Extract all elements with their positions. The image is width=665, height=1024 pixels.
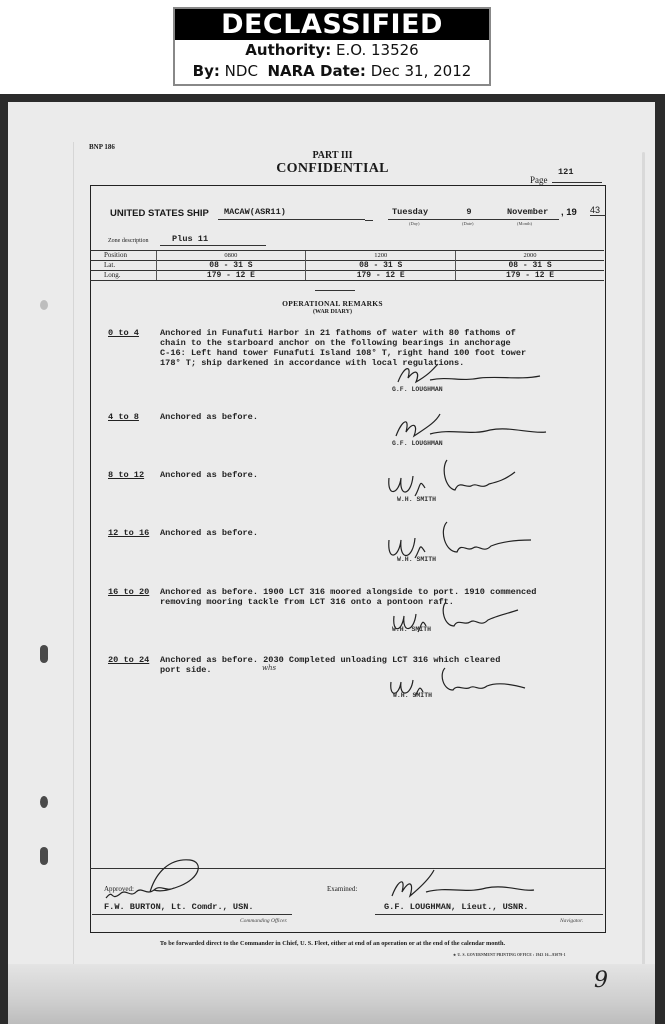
table-header: 1200 [306, 251, 456, 261]
watch-period: 16 to 20 [108, 587, 149, 597]
table-cell: 179 - 12 E [456, 271, 604, 281]
date-caption: (Date) [462, 221, 474, 226]
position-table: Position 0800 1200 2000 Lat. 08 - 31 S 0… [90, 250, 604, 281]
watch-period: 12 to 16 [108, 528, 149, 538]
date-value: 9 [451, 207, 487, 220]
watch-period: 4 to 8 [108, 412, 139, 422]
binder-hole-icon [40, 847, 48, 865]
handwritten-page-number: 9 [594, 968, 608, 993]
examined-name: G.F. LOUGHMAN, Lieut., USNR. [384, 902, 528, 912]
paper-edge-right [642, 152, 645, 972]
day-value: Tuesday [388, 207, 451, 220]
table-cell: 179 - 12 E [306, 271, 456, 281]
table-cell: 08 - 31 S [156, 261, 306, 271]
year-value: 43 [590, 205, 606, 216]
ship-label: UNITED STATES SHIP [110, 208, 209, 219]
remarks-title: OPERATIONAL REMARKS [0, 299, 665, 308]
paper-edge [73, 142, 74, 972]
binder-hole-icon [40, 645, 48, 663]
zone-value: Plus 11 [160, 234, 266, 246]
ship-underline [365, 220, 373, 221]
divider [315, 290, 355, 291]
year-prefix: , 19 [561, 207, 577, 218]
table-row: Position 0800 1200 2000 [90, 251, 604, 261]
watch-period: 0 to 4 [108, 328, 139, 338]
month-caption: (Month) [517, 221, 532, 226]
examined-label: Examined: [327, 885, 357, 893]
table-cell: 08 - 31 S [306, 261, 456, 271]
signature-line [375, 914, 603, 915]
watch-period: 20 to 24 [108, 655, 149, 665]
table-row: Long. 179 - 12 E 179 - 12 E 179 - 12 E [90, 271, 604, 281]
stamp-title: DECLASSIFIED [175, 9, 489, 40]
page-label: Page [530, 175, 548, 185]
printer-imprint: ★ U. S. GOVERNMENT PRINTING OFFICE : 194… [453, 953, 566, 957]
handwritten-signature-icon [388, 868, 538, 902]
row-label: Long. [90, 271, 156, 281]
page-number: 121 [552, 167, 602, 183]
handwritten-signature-icon [390, 414, 550, 442]
handwritten-signature-icon [385, 520, 535, 560]
table-header: 0800 [156, 251, 306, 261]
binder-hole-icon [40, 796, 48, 808]
month-value: November [487, 207, 559, 220]
row-label: Lat. [90, 261, 156, 271]
stamp-by: By: NDC NARA Date: Dec 31, 2012 [175, 61, 489, 82]
ship-name: MACAW(ASR11) [218, 207, 365, 220]
table-header: 2000 [456, 251, 604, 261]
page-fold-shadow [8, 964, 655, 1024]
handwritten-signature-icon [385, 458, 525, 498]
watch-period: 8 to 12 [108, 470, 144, 480]
table-cell: 179 - 12 E [156, 271, 306, 281]
star-icon: ★ [453, 953, 456, 957]
zone-label: Zone description [108, 238, 149, 244]
approved-title: Commanding Officer. [240, 918, 287, 924]
remarks-subtitle: (WAR DIARY) [0, 309, 665, 315]
table-header: Position [90, 251, 156, 261]
approved-name: F.W. BURTON, Lt. Comdr., USN. [104, 902, 254, 912]
table-cell: 08 - 31 S [456, 261, 604, 271]
part-heading: PART III [0, 150, 665, 161]
declassified-stamp: DECLASSIFIED Authority: E.O. 13526 By: N… [173, 7, 491, 86]
examined-title: Navigator. [560, 918, 583, 924]
table-row: Lat. 08 - 31 S 08 - 31 S 08 - 31 S [90, 261, 604, 271]
day-caption: (Day) [409, 221, 420, 226]
stamp-authority: Authority: E.O. 13526 [175, 40, 489, 61]
signature-line [92, 914, 292, 915]
forwarding-instruction: To be forwarded direct to the Commander … [0, 940, 665, 947]
handwritten-signature-icon [100, 858, 220, 903]
